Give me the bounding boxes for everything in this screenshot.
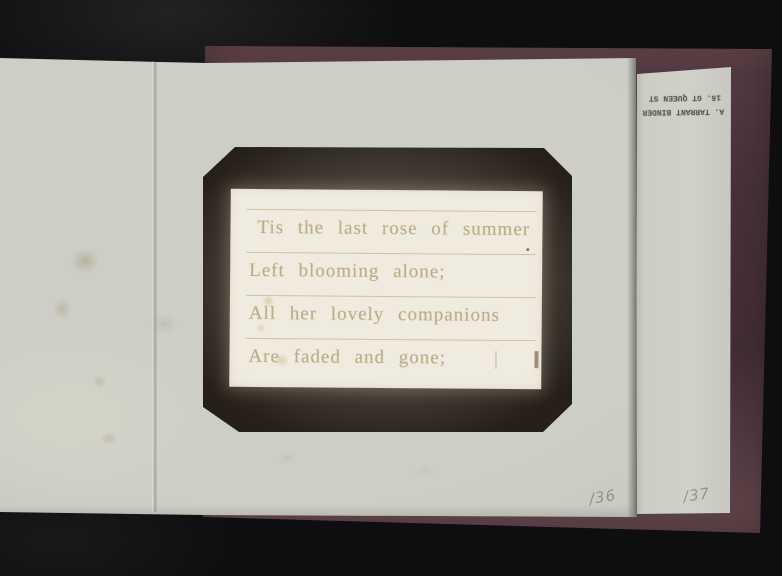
binder-stamp: A. TARRANT BINDER 16. GT QUEEN ST [646, 84, 724, 119]
verse-line-3-text: All her lovely companions [249, 303, 500, 326]
printers-rule-mark [534, 351, 538, 368]
album-photograph-scene: A. TARRANT BINDER 16. GT QUEEN ST /37 /3… [0, 0, 782, 576]
page-number-37: /37 [682, 484, 711, 506]
verse-line-3: All her lovely companions [246, 295, 536, 340]
stain [273, 353, 289, 367]
stain [92, 374, 107, 389]
right-page-edge [634, 66, 732, 515]
stain [256, 323, 266, 333]
verse-line-1-text: Tis the last rose of summer [257, 217, 530, 240]
page-gutter-crease [152, 60, 157, 512]
photograph-mount: Tis the last rose of summer Left bloomin… [203, 145, 572, 432]
stain [278, 452, 297, 464]
stain [150, 312, 178, 336]
binder-stamp-line2: 16. GT QUEEN ST [646, 90, 724, 105]
page-edge-shadow [627, 56, 637, 518]
stain [70, 248, 100, 274]
verse-line-1: Tis the last rose of summer [246, 209, 536, 254]
verse-line-2: Left blooming alone; [246, 252, 536, 297]
paper-speck [526, 248, 529, 251]
stain [262, 295, 275, 307]
stain [52, 298, 72, 320]
stain [414, 466, 436, 477]
verse-line-2-text: Left blooming alone; [249, 260, 446, 283]
binder-stamp-line1: A. TARRANT BINDER [646, 104, 724, 119]
photogenic-drawing-paper: Tis the last rose of summer Left bloomin… [229, 189, 543, 389]
printers-rule-mark [496, 351, 497, 369]
stain [100, 432, 117, 445]
